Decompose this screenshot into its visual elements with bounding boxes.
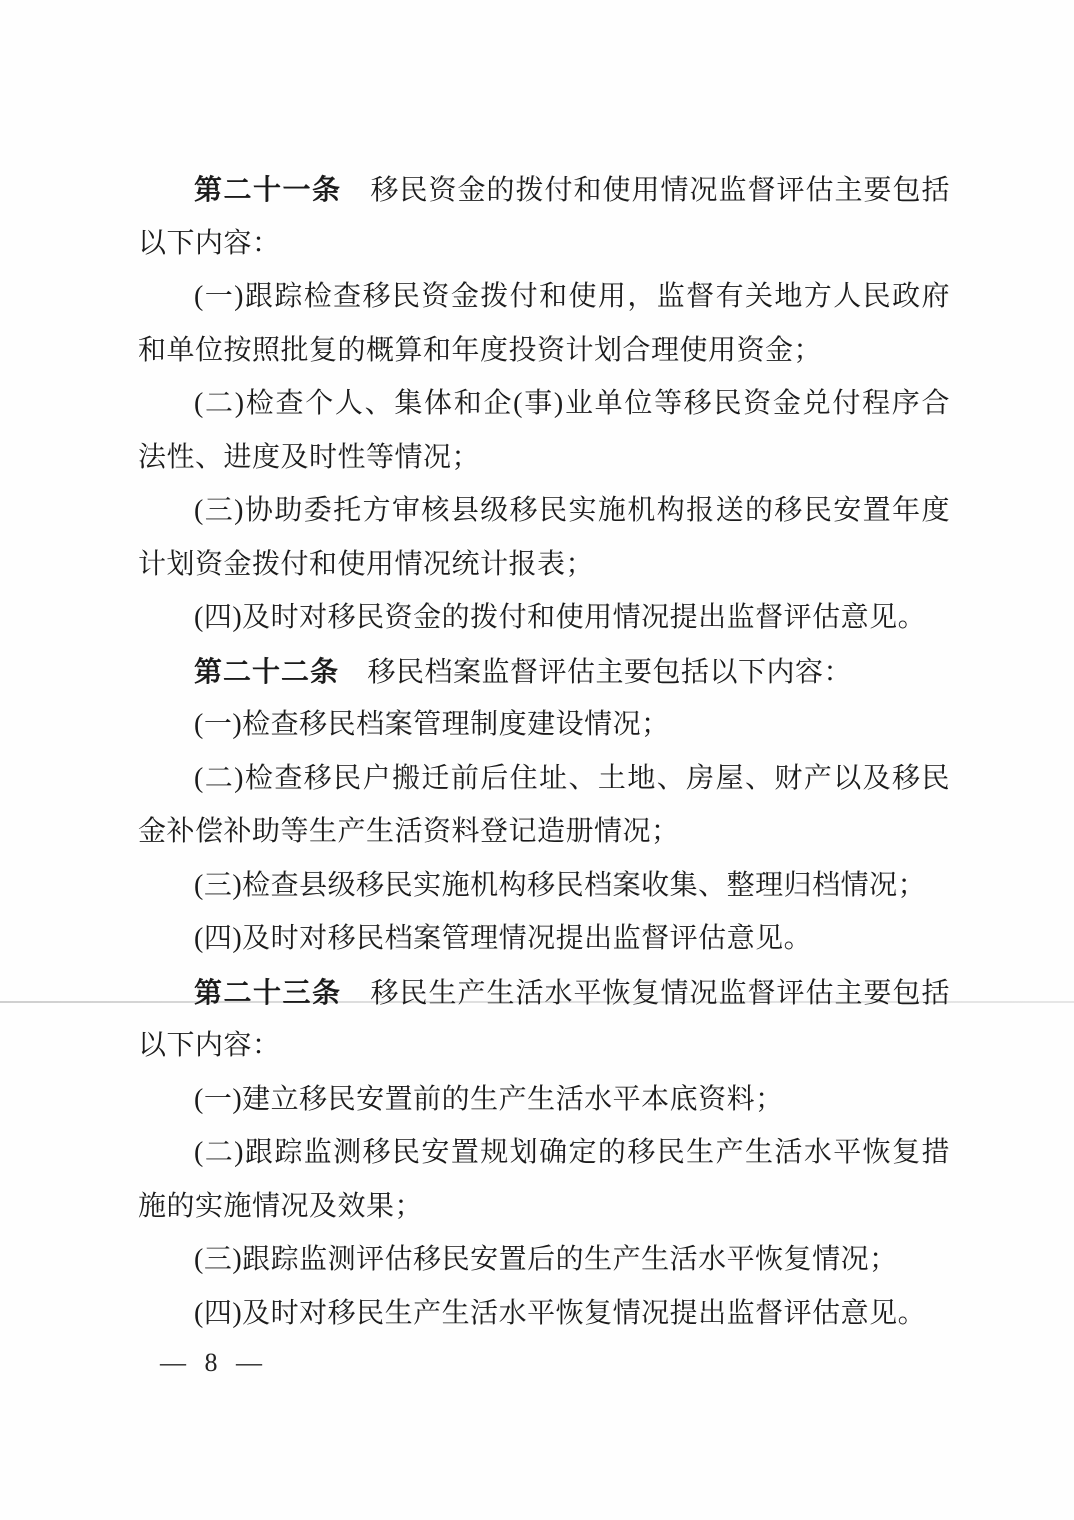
document-body: 第二十一条 移民资金的拨付和使用情况监督评估主要包括以下内容：(一)跟踪检查移民…	[138, 163, 950, 1340]
article-heading-line: 第二十二条 移民档案监督评估主要包括以下内容：	[138, 645, 950, 699]
text-line: (三)跟踪监测评估移民安置后的生产生活水平恢复情况；	[138, 1233, 950, 1287]
article-number: 第二十二条	[194, 656, 339, 687]
text-line: (二)跟踪监测移民安置规划确定的移民生产生活水平恢复措	[138, 1126, 950, 1180]
text-line: (四)及时对移民生产生活水平恢复情况提出监督评估意见。	[138, 1287, 950, 1341]
text-line: (二)检查移民户搬迁前后住址、土地、房屋、财产以及移民资	[138, 752, 950, 806]
text-line: (三)检查县级移民实施机构移民档案收集、整理归档情况；	[138, 859, 950, 913]
text-line: (四)及时对移民资金的拨付和使用情况提出监督评估意见。	[138, 591, 950, 645]
article-number: 第二十一条	[194, 174, 342, 205]
page-number: — 8 —	[160, 1348, 268, 1378]
text-line: 以下内容：	[138, 217, 950, 271]
article-heading-line: 第二十三条 移民生产生活水平恢复情况监督评估主要包括	[138, 966, 950, 1020]
text-line: (三)协助委托方审核县级移民实施机构报送的移民安置年度	[138, 484, 950, 538]
article-heading-line: 第二十一条 移民资金的拨付和使用情况监督评估主要包括	[138, 163, 950, 217]
text-line: (二)检查个人、集体和企(事)业单位等移民资金兑付程序合	[138, 377, 950, 431]
text-line: 金补偿补助等生产生活资料登记造册情况；	[138, 805, 950, 859]
article-number: 第二十三条	[194, 977, 342, 1008]
document-page: 第二十一条 移民资金的拨付和使用情况监督评估主要包括以下内容：(一)跟踪检查移民…	[0, 0, 1074, 1520]
text-line: (一)建立移民安置前的生产生活水平本底资料；	[138, 1073, 950, 1127]
text-line: 和单位按照批复的概算和年度投资计划合理使用资金；	[138, 324, 950, 378]
text-line: (一)检查移民档案管理制度建设情况；	[138, 698, 950, 752]
text-line: 计划资金拨付和使用情况统计报表；	[138, 538, 950, 592]
text-line: 施的实施情况及效果；	[138, 1180, 950, 1234]
text-line: 法性、进度及时性等情况；	[138, 431, 950, 485]
text-line: (一)跟踪检查移民资金拨付和使用，监督有关地方人民政府	[138, 270, 950, 324]
text-line: (四)及时对移民档案管理情况提出监督评估意见。	[138, 912, 950, 966]
text-line: 以下内容：	[138, 1019, 950, 1073]
